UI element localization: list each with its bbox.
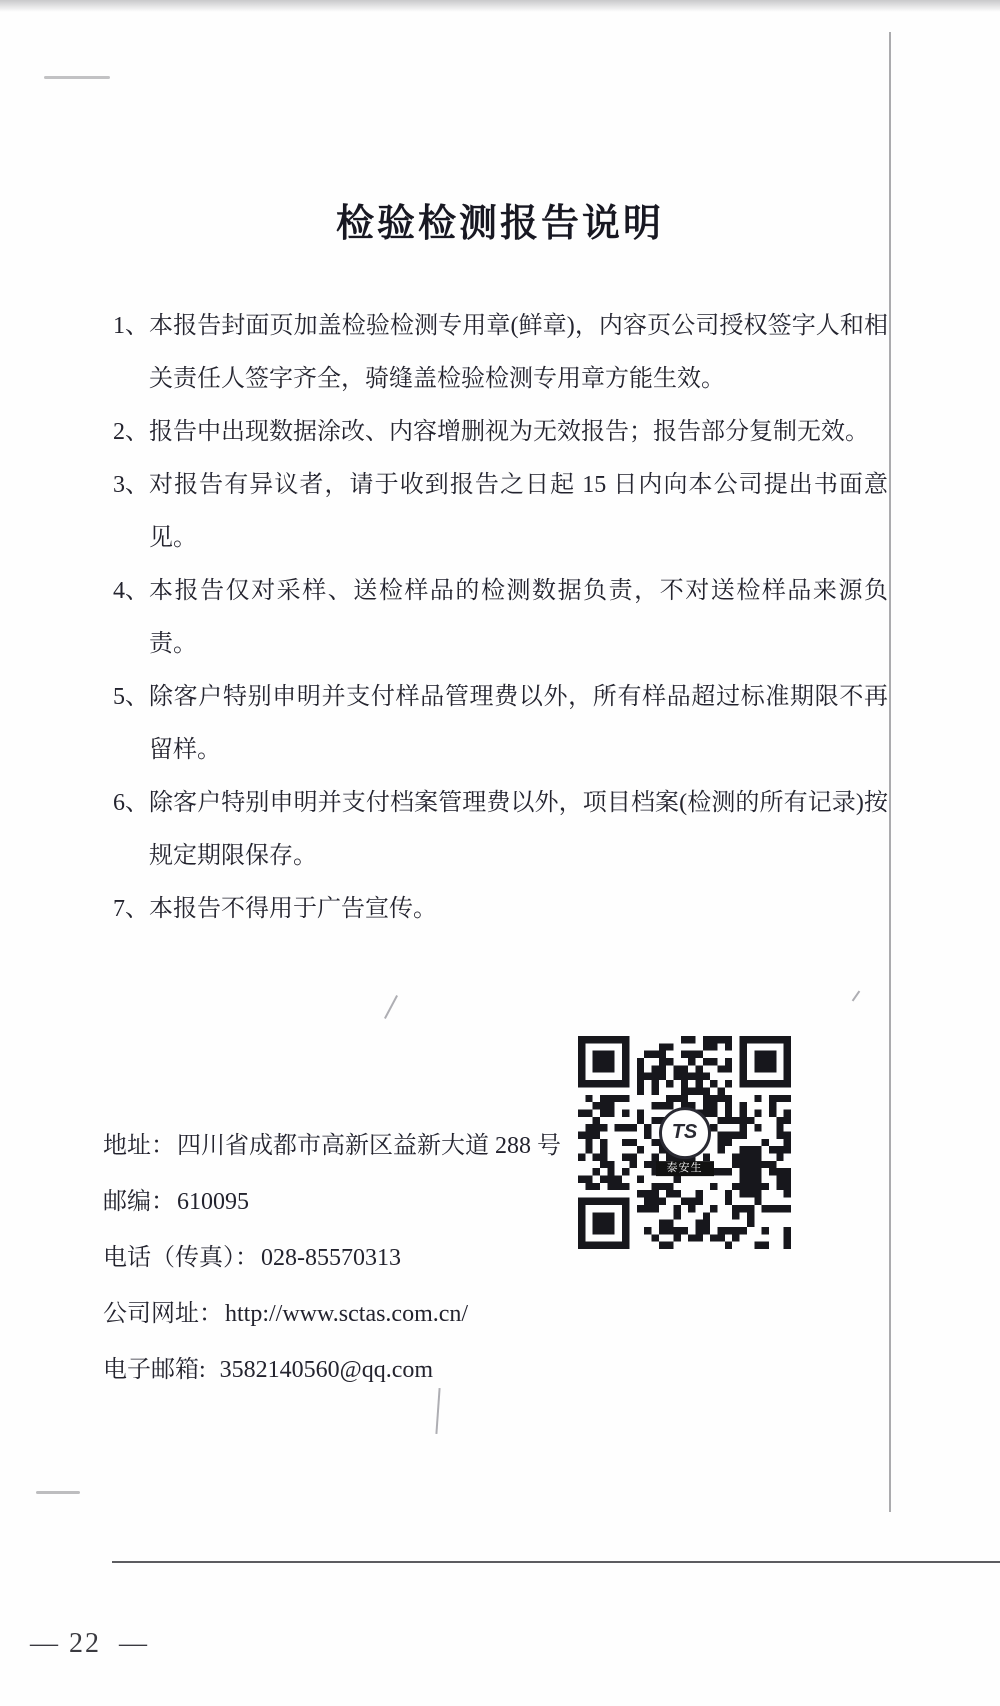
scan-tick-top — [44, 76, 110, 79]
qr-logo-label: 泰安生 — [656, 1161, 714, 1176]
contact-phone: 电话（传真）：028-85570313 — [103, 1230, 573, 1286]
note-item-6: 6、 除客户特别申明并支付档案管理费以外，项目档案(检测的所有记录)按规定期限保… — [113, 777, 888, 883]
note-item-4: 4、 本报告仅对采样、送检样品的检测数据负责，不对送检样品来源负责。 — [113, 565, 888, 671]
contact-email-value: 3582140560@qq.com — [220, 1357, 433, 1383]
contact-address-label: 地址： — [103, 1133, 175, 1159]
contact-block: 地址：四川省成都市高新区益新大道 288 号 邮编：610095 电话（传真）：… — [103, 1118, 573, 1398]
contact-email-label: 电子邮箱: — [103, 1357, 206, 1383]
contact-postcode-label: 邮编： — [103, 1189, 175, 1215]
page-number: — 22 — — [30, 1628, 149, 1660]
scan-smear-top — [0, 0, 1000, 12]
qr-code: TS 泰安生 — [578, 1035, 791, 1250]
qr-logo-monogram-icon: TS — [659, 1107, 711, 1159]
contact-website-value: http://www.sctas.com.cn/ — [225, 1301, 468, 1327]
contact-phone-value: 028-85570313 — [261, 1245, 401, 1271]
contact-phone-label: 电话（传真）： — [103, 1245, 259, 1271]
note-marker: 2、 — [113, 406, 149, 459]
contact-email: 电子邮箱:3582140560@qq.com — [103, 1342, 573, 1398]
contact-website-label: 公司网址： — [103, 1301, 223, 1327]
scan-artifact — [384, 995, 398, 1019]
page-title: 检验检测报告说明 — [0, 192, 1000, 247]
note-text: 报告中出现数据涂改、内容增删视为无效报告；报告部分复制无效。 — [149, 406, 888, 459]
note-marker: 7、 — [113, 883, 149, 936]
note-item-5: 5、 除客户特别申明并支付样品管理费以外，所有样品超过标准期限不再留样。 — [113, 671, 888, 777]
note-item-7: 7、 本报告不得用于广告宣传。 — [113, 883, 888, 936]
note-text: 本报告不得用于广告宣传。 — [149, 883, 888, 936]
scan-artifact — [852, 991, 861, 1002]
note-item-3: 3、 对报告有异议者，请于收到报告之日起 15 日内向本公司提出书面意见。 — [113, 459, 888, 565]
contact-address: 地址：四川省成都市高新区益新大道 288 号 — [103, 1118, 573, 1174]
note-marker: 6、 — [113, 777, 149, 883]
contact-postcode: 邮编：610095 — [103, 1174, 573, 1230]
note-marker: 3、 — [113, 459, 149, 565]
note-text: 除客户特别申明并支付档案管理费以外，项目档案(检测的所有记录)按规定期限保存。 — [149, 777, 888, 883]
note-text: 除客户特别申明并支付样品管理费以外，所有样品超过标准期限不再留样。 — [149, 671, 888, 777]
footer-rule — [112, 1561, 1000, 1563]
note-text: 本报告仅对采样、送检样品的检测数据负责，不对送检样品来源负责。 — [149, 565, 888, 671]
contact-address-value: 四川省成都市高新区益新大道 288 号 — [177, 1133, 561, 1159]
qr-center-logo: TS 泰安生 — [656, 1107, 714, 1176]
scanned-report-page: 检验检测报告说明 1、 本报告封面页加盖检验检测专用章(鲜章)，内容页公司授权签… — [0, 0, 1000, 1706]
note-item-2: 2、 报告中出现数据涂改、内容增删视为无效报告；报告部分复制无效。 — [113, 406, 888, 459]
contact-website: 公司网址：http://www.sctas.com.cn/ — [103, 1286, 573, 1342]
scan-tick-bottom — [36, 1491, 80, 1494]
notes-list: 1、 本报告封面页加盖检验检测专用章(鲜章)，内容页公司授权签字人和相关责任人签… — [113, 300, 888, 936]
contact-postcode-value: 610095 — [177, 1189, 249, 1215]
note-item-1: 1、 本报告封面页加盖检验检测专用章(鲜章)，内容页公司授权签字人和相关责任人签… — [113, 300, 888, 406]
note-text: 本报告封面页加盖检验检测专用章(鲜章)，内容页公司授权签字人和相关责任人签字齐全… — [149, 300, 888, 406]
note-marker: 4、 — [113, 565, 149, 671]
scan-edge-line — [889, 32, 891, 1512]
note-marker: 1、 — [113, 300, 149, 406]
note-text: 对报告有异议者，请于收到报告之日起 15 日内向本公司提出书面意见。 — [149, 459, 888, 565]
note-marker: 5、 — [113, 671, 149, 777]
